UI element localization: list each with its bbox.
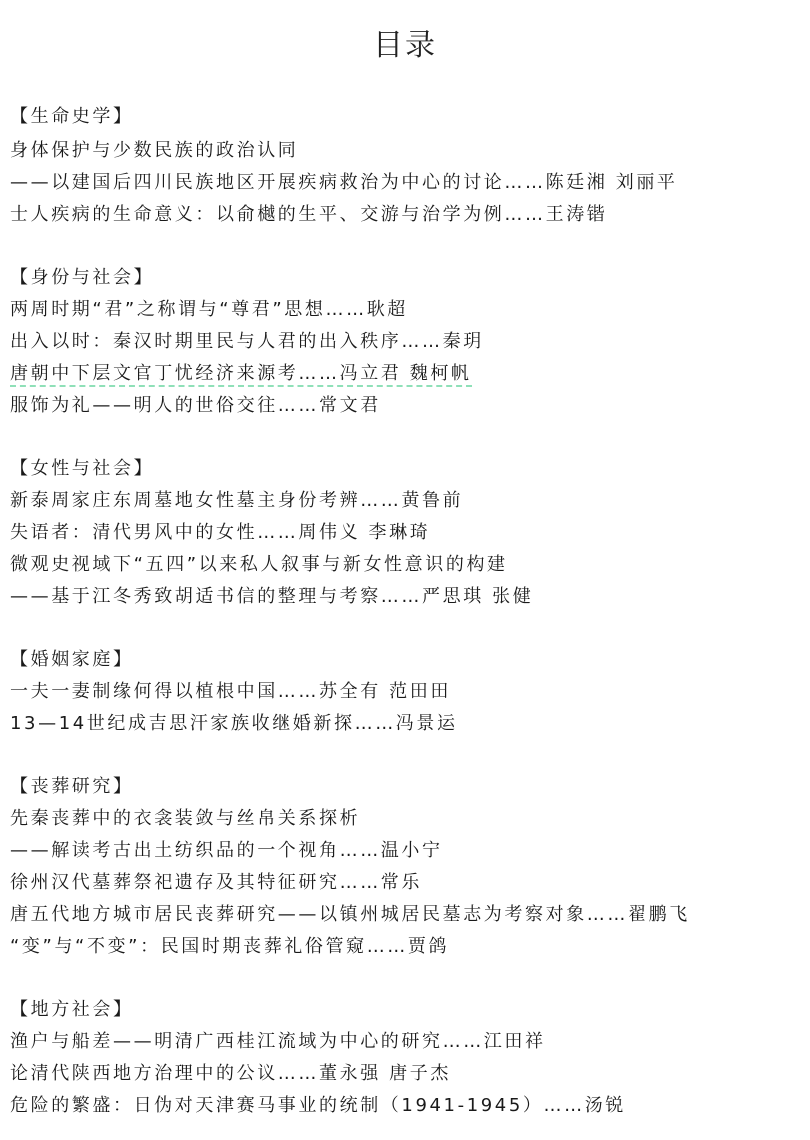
toc-entry-text: ——解读考古出土纺织品的一个视角……温小宁 xyxy=(10,840,443,861)
toc-entry-text: ——以建国后四川民族地区开展疾病救治为中心的讨论……陈廷湘 刘丽平 xyxy=(10,172,678,193)
toc-entry-text: 失语者：清代男风中的女性……周伟义 李琳琦 xyxy=(10,522,430,543)
toc-entry-text: 微观史视域下“五四”以来私人叙事与新女性意识的构建 xyxy=(10,554,508,575)
toc-entry-text: 新泰周家庄东周墓地女性墓主身份考辨……黄鲁前 xyxy=(10,490,463,511)
section-heading-text: 【地方社会】 xyxy=(10,999,134,1020)
toc-entry: 失语者：清代男风中的女性……周伟义 李琳琦 xyxy=(10,521,430,545)
toc-entry: 士人疾病的生命意义：以俞樾的生平、交游与治学为例……王涛锴 xyxy=(10,203,607,227)
toc-entry-text: 两周时期“君”之称谓与“尊君”思想……耿超 xyxy=(10,299,408,320)
toc-entry-text: 论清代陕西地方治理中的公议……董永强 唐子杰 xyxy=(10,1063,451,1084)
toc-entry-text: 服饰为礼——明人的世俗交往……常文君 xyxy=(10,395,381,416)
toc-entry: 论清代陕西地方治理中的公议……董永强 唐子杰 xyxy=(10,1062,451,1086)
section-heading: 【生命史学】 xyxy=(10,105,134,129)
section-heading-text: 【婚姻家庭】 xyxy=(10,649,134,670)
section-heading: 【身份与社会】 xyxy=(10,266,154,290)
toc-entry-text: 渔户与船差——明清广西桂江流域为中心的研究……江田祥 xyxy=(10,1031,546,1052)
toc-entry-text: 先秦丧葬中的衣衾装敛与丝帛关系探析 xyxy=(10,808,360,829)
section-heading: 【婚姻家庭】 xyxy=(10,648,134,672)
section-heading-text: 【丧葬研究】 xyxy=(10,776,134,797)
toc-entry: 新泰周家庄东周墓地女性墓主身份考辨……黄鲁前 xyxy=(10,489,463,513)
toc-entry: 出入以时：秦汉时期里民与人君的出入秩序……秦玥 xyxy=(10,330,484,354)
toc-entry-text: 危险的繁盛：日伪对天津赛马事业的统制（1941-1945）……汤锐 xyxy=(10,1095,626,1116)
toc-entry-text: 身体保护与少数民族的政治认同 xyxy=(10,140,298,161)
section-heading-text: 【生命史学】 xyxy=(10,106,134,127)
toc-entry-text: 出入以时：秦汉时期里民与人君的出入秩序……秦玥 xyxy=(10,331,484,352)
toc-entry: 一夫一妻制缘何得以植根中国……苏全有 范田田 xyxy=(10,680,451,704)
toc-entry: 徐州汉代墓葬祭祀遗存及其特征研究……常乐 xyxy=(10,871,422,895)
toc-entry: 微观史视域下“五四”以来私人叙事与新女性意识的构建 xyxy=(10,553,508,577)
toc-entry: 渔户与船差——明清广西桂江流域为中心的研究……江田祥 xyxy=(10,1030,546,1054)
toc-entry: “变”与“不变”：民国时期丧葬礼俗管窥……贾鸽 xyxy=(10,935,449,959)
toc-entry: 唐五代地方城市居民丧葬研究——以镇州城居民墓志为考察对象……翟鹏飞 xyxy=(10,903,690,927)
toc-entry-text: “变”与“不变”：民国时期丧葬礼俗管窥……贾鸽 xyxy=(10,936,449,957)
toc-entry: 先秦丧葬中的衣衾装敛与丝帛关系探析 xyxy=(10,807,360,831)
toc-entry-text: 13—14世纪成吉思汗家族收继婚新探……冯景运 xyxy=(10,713,458,734)
section-heading: 【女性与社会】 xyxy=(10,457,154,481)
section-heading: 【丧葬研究】 xyxy=(10,775,134,799)
toc-entry: 两周时期“君”之称谓与“尊君”思想……耿超 xyxy=(10,298,408,322)
toc-entry-text: 徐州汉代墓葬祭祀遗存及其特征研究……常乐 xyxy=(10,872,422,893)
toc-entry-text: 唐朝中下层文官丁忧经济来源考……冯立君 魏柯帆 xyxy=(10,363,472,387)
toc-entry: ——基于江冬秀致胡适书信的整理与考察……严思琪 张健 xyxy=(10,585,533,609)
toc-entry: 唐朝中下层文官丁忧经济来源考……冯立君 魏柯帆 xyxy=(10,362,472,386)
toc-entry: ——解读考古出土纺织品的一个视角……温小宁 xyxy=(10,839,443,863)
page-title: 目录 xyxy=(0,20,810,64)
toc-entry: 身体保护与少数民族的政治认同 xyxy=(10,139,298,163)
toc-entry-text: 一夫一妻制缘何得以植根中国……苏全有 范田田 xyxy=(10,681,451,702)
toc-entry: ——以建国后四川民族地区开展疾病救治为中心的讨论……陈廷湘 刘丽平 xyxy=(10,171,678,195)
toc-entry-text: 唐五代地方城市居民丧葬研究——以镇州城居民墓志为考察对象……翟鹏飞 xyxy=(10,904,690,925)
toc-entry-text: 士人疾病的生命意义：以俞樾的生平、交游与治学为例……王涛锴 xyxy=(10,204,607,225)
toc-entry: 服饰为礼——明人的世俗交往……常文君 xyxy=(10,394,381,418)
toc-entry: 13—14世纪成吉思汗家族收继婚新探……冯景运 xyxy=(10,712,458,736)
toc-entry: 危险的繁盛：日伪对天津赛马事业的统制（1941-1945）……汤锐 xyxy=(10,1094,626,1118)
section-heading-text: 【女性与社会】 xyxy=(10,458,154,479)
toc-entry-text: ——基于江冬秀致胡适书信的整理与考察……严思琪 张健 xyxy=(10,586,533,607)
section-heading-text: 【身份与社会】 xyxy=(10,267,154,288)
section-heading: 【地方社会】 xyxy=(10,998,134,1022)
